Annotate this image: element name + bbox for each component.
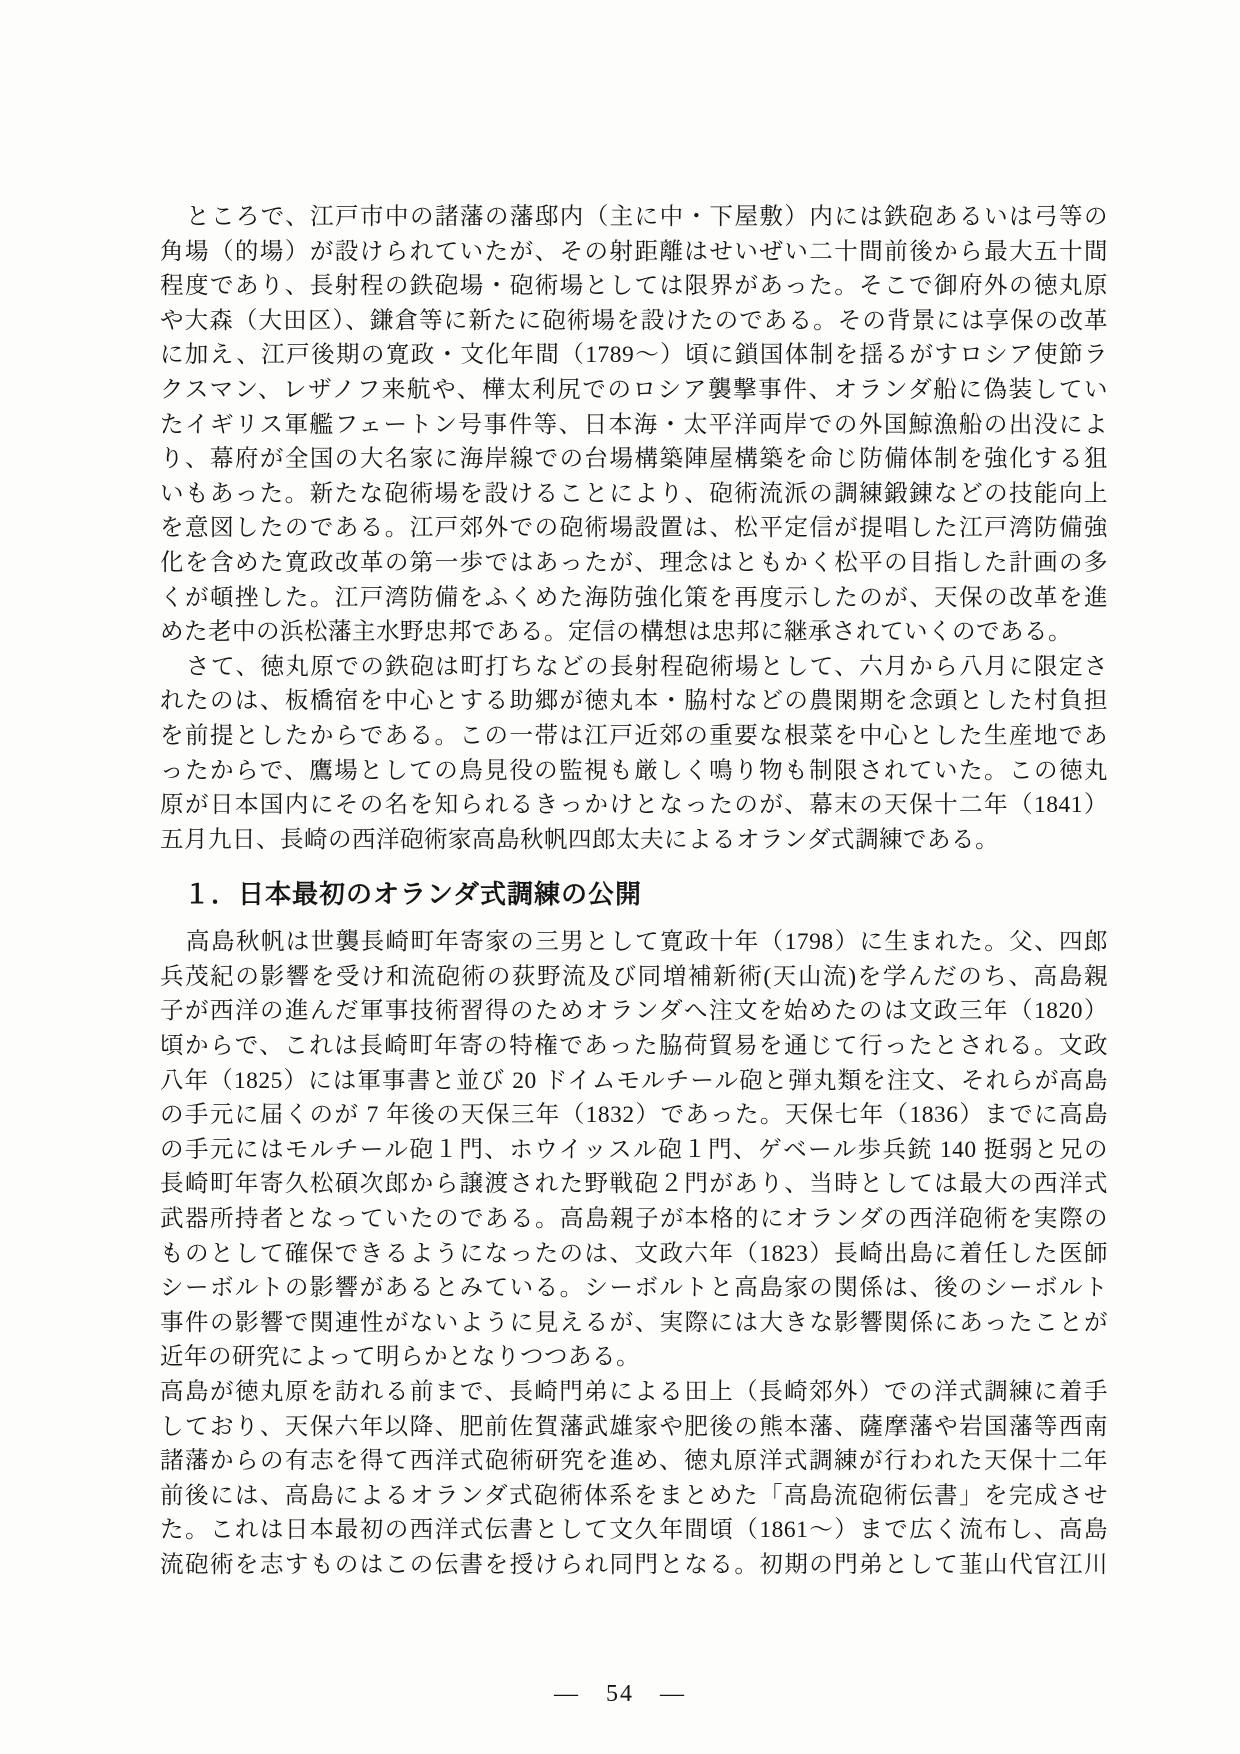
- text-line: 角場（的場）が設けられていたが、その射距離はせいぜい二十間前後から最大五十間: [160, 235, 1108, 270]
- text-line: たイギリス軍艦フェートン号事件等、日本海・太平洋両岸での外国鯨漁船の出没によ: [160, 408, 1108, 443]
- text-line: や大森（大田区）、鎌倉等に新たに砲術場を設けたのである。その背景には享保の改革: [160, 304, 1108, 339]
- text-line: クスマン、レザノフ来航や、樺太利尻でのロシア襲撃事件、オランダ船に偽装してい: [160, 373, 1108, 408]
- intro-paragraph: ところで、江戸市中の諸藩の藩邸内（主に中・下屋敷）内には鉄砲あるいは弓等の角場（…: [160, 200, 1108, 650]
- pre-tokumaruhara-activity-paragraph: 高島が徳丸原を訪れる前まで、長崎門弟による田上（長崎郊外）での洋式調練に着手して…: [160, 1375, 1108, 1583]
- text-line: 原が日本国内にその名を知られるきっかけとなったのが、幕末の天保十二年（1841）: [160, 788, 1108, 823]
- tokumaruhara-paragraph: さて、徳丸原での鉄砲は町打ちなどの長射程砲術場として、六月から八月に限定されたの…: [160, 650, 1108, 858]
- text-line: くが頓挫した。江戸湾防備をふくめた海防強化策を再度示したのが、天保の改革を進: [160, 581, 1108, 616]
- text-line: 高島が徳丸原を訪れる前まで、長崎門弟による田上（長崎郊外）での洋式調練に着手: [160, 1375, 1108, 1410]
- text-line: を意図したのである。江戸郊外での砲術場設置は、松平定信が提唱した江戸湾防備強: [160, 511, 1108, 546]
- section-heading: １．日本最初のオランダ式調練の公開: [184, 875, 1108, 915]
- text-line: 五月九日、長崎の西洋砲術家高島秋帆四郎太夫によるオランダ式調練である。: [160, 823, 1108, 858]
- text-line: 長崎町年寄久松碩次郎から譲渡された野戦砲２門があり、当時としては最大の西洋式: [160, 1167, 1108, 1202]
- page-number-footer: ― 54 ―: [0, 1678, 1240, 1710]
- text-line: 子が西洋の進んだ軍事技術習得のためオランダへ注文を始めたのは文政三年（1820）: [160, 994, 1108, 1029]
- text-line: れたのは、板橋宿を中心とする助郷が徳丸本・脇村などの農閑期を念頭とした村負担: [160, 684, 1108, 719]
- text-line: ところで、江戸市中の諸藩の藩邸内（主に中・下屋敷）内には鉄砲あるいは弓等の: [160, 200, 1108, 235]
- text-line: り、幕府が全国の大名家に海岸線での台場構築陣屋構築を命じ防備体制を強化する狙: [160, 442, 1108, 477]
- text-line: 高島秋帆は世襲長崎町年寄家の三男として寛政十年（1798）に生まれた。父、四郎: [160, 925, 1108, 960]
- text-line: 頃からで、これは長崎町年寄の特権であった脇荷貿易を通じて行ったとされる。文政: [160, 1029, 1108, 1064]
- text-line: いもあった。新たな砲術場を設けることにより、砲術流派の調練鍛錬などの技能向上: [160, 477, 1108, 512]
- text-line: ったからで、鷹場としての鳥見役の監視も厳しく鳴り物も制限されていた。この徳丸: [160, 754, 1108, 789]
- takashima-biography-paragraph: 高島秋帆は世襲長崎町年寄家の三男として寛政十年（1798）に生まれた。父、四郎兵…: [160, 925, 1108, 1375]
- text-line: しており、天保六年以降、肥前佐賀藩武雄家や肥後の熊本藩、薩摩藩や岩国藩等西南: [160, 1410, 1108, 1445]
- text-line: 諸藩からの有志を得て西洋式砲術研究を進め、徳丸原洋式調練が行われた天保十二年: [160, 1444, 1108, 1479]
- text-line: の手元に届くのが 7 年後の天保三年（1832）であった。天保七年（1836）ま…: [160, 1098, 1108, 1133]
- text-line: 事件の影響で関連性がないように見えるが、実際には大きな影響関係にあったことが: [160, 1306, 1108, 1341]
- text-line: 流砲術を志すものはこの伝書を授けられ同門となる。初期の門弟として韮山代官江川: [160, 1548, 1108, 1583]
- text-line: 近年の研究によって明らかとなりつつある。: [160, 1340, 1108, 1375]
- text-line: ものとして確保できるようになったのは、文政六年（1823）長崎出島に着任した医師: [160, 1237, 1108, 1272]
- text-line: さて、徳丸原での鉄砲は町打ちなどの長射程砲術場として、六月から八月に限定さ: [160, 650, 1108, 685]
- text-line: 前後には、高島によるオランダ式砲術体系をまとめた「高島流砲術伝書」を完成させ: [160, 1479, 1108, 1514]
- text-line: に加え、江戸後期の寛政・文化年間（1789～）頃に鎖国体制を揺るがすロシア使節ラ: [160, 338, 1108, 373]
- text-line: シーボルトの影響があるとみている。シーボルトと高島家の関係は、後のシーボルト: [160, 1271, 1108, 1306]
- text-line: めた老中の浜松藩主水野忠邦である。定信の構想は忠邦に継承されていくのである。: [160, 615, 1108, 650]
- text-line: 八年（1825）には軍事書と並び 20 ドイムモルチール砲と弾丸類を注文、それら…: [160, 1064, 1108, 1099]
- text-line: 兵茂紀の影響を受け和流砲術の荻野流及び同増補新術(天山流)を学んだのち、高島親: [160, 960, 1108, 995]
- document-page: ところで、江戸市中の諸藩の藩邸内（主に中・下屋敷）内には鉄砲あるいは弓等の角場（…: [0, 0, 1240, 1754]
- text-line: た。これは日本最初の西洋式伝書として文久年間頃（1861～）まで広く流布し、高島: [160, 1513, 1108, 1548]
- text-line: 武器所持者となっていたのである。高島親子が本格的にオランダの西洋砲術を実際の: [160, 1202, 1108, 1237]
- text-line: 程度であり、長射程の鉄砲場・砲術場としては限界があった。そこで御府外の徳丸原: [160, 269, 1108, 304]
- text-line: の手元にはモルチール砲１門、ホウイッスル砲１門、ゲベール歩兵銃 140 挺弱と兄…: [160, 1133, 1108, 1168]
- text-line: を前提としたからである。この一帯は江戸近郊の重要な根菜を中心とした生産地であ: [160, 719, 1108, 754]
- text-line: 化を含めた寛政改革の第一歩ではあったが、理念はともかく松平の目指した計画の多: [160, 546, 1108, 581]
- page-content: ところで、江戸市中の諸藩の藩邸内（主に中・下屋敷）内には鉄砲あるいは弓等の角場（…: [160, 200, 1108, 1583]
